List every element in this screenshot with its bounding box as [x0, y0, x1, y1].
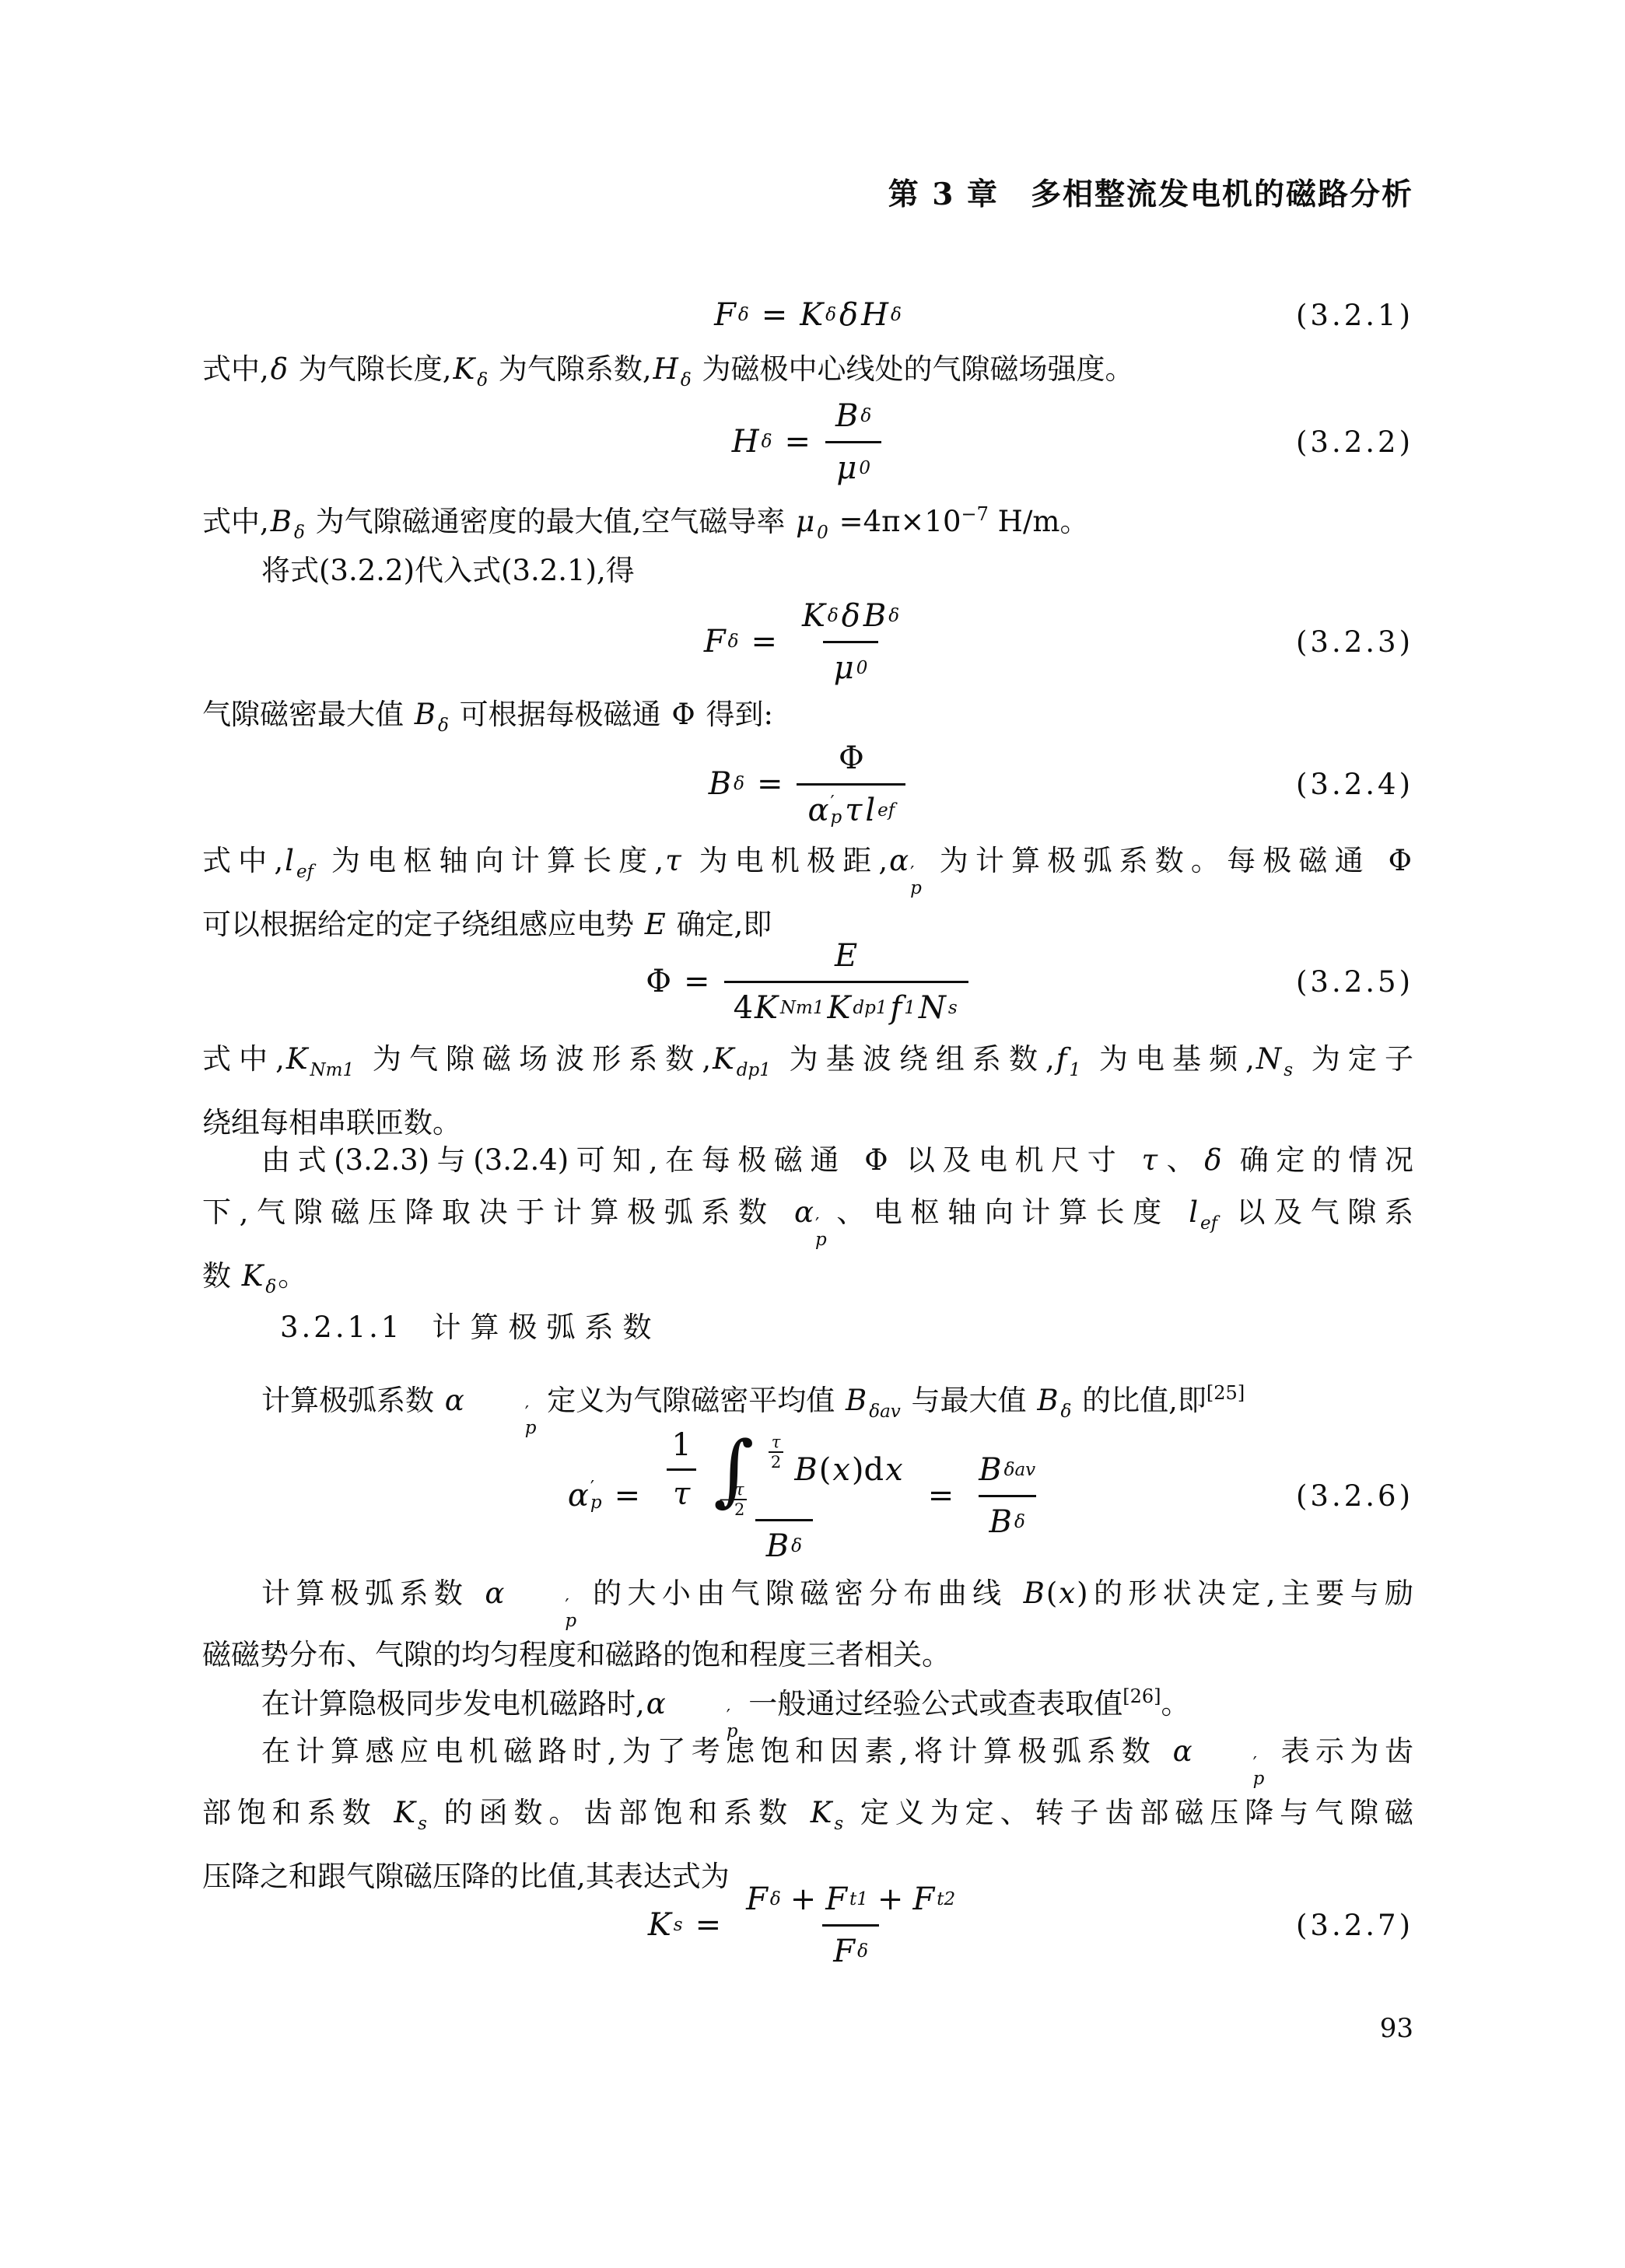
book-page: 第 3 章 多相整流发电机的磁路分析 Fδ=KδδHδ (3.2.1) 式中,δ…	[0, 0, 1625, 2268]
equation-3-2-7: Ks=Fδ+Ft1+Ft2Fδ (3.2.7)	[202, 1886, 1413, 1964]
formula: Ks=Fδ+Ft1+Ft2Fδ	[646, 1881, 969, 1969]
paragraph: 在计算感应电机磁路时,为了考虑饱和因素,将计算极弧系数 α′p 表示为齿部饱和系…	[202, 1725, 1413, 1902]
formula: Fδ=KδδHδ	[713, 297, 903, 333]
text-line: 数 Kδ。	[202, 1250, 1413, 1314]
text-line: 计算极弧系数 α′p 的大小由气隙磁密分布曲线 B(x)的形状决定,主要与励	[202, 1567, 1413, 1629]
paragraph: 将式(3.2.2)代入式(3.2.1),得	[202, 544, 1413, 597]
paragraph: 式中,lef 为电枢轴向计算长度,τ 为电机极距,α′p 为计算极弧系数。每极磁…	[202, 835, 1413, 950]
equation-3-2-4: Bδ=Φα′pτlef (3.2.4)	[202, 745, 1413, 823]
equation-3-2-6: α′p=1τ∫τ2−τ2B(x)dxBδ=BδavBδ (3.2.6)	[202, 1430, 1413, 1562]
equation-number: (3.2.6)	[1296, 1479, 1413, 1513]
equation-number: (3.2.5)	[1296, 965, 1413, 999]
equation-3-2-2: Hδ=Bδμ0 (3.2.2)	[202, 403, 1413, 481]
section-heading: 3.2.1.1计算极弧系数	[202, 1308, 1413, 1347]
paragraph: 式中,KNm1 为气隙磁场波形系数,Kdp1 为基波绕组系数,f1 为电基频,N…	[202, 1033, 1413, 1149]
equation-number: (3.2.2)	[1296, 425, 1413, 459]
formula: α′p=1τ∫τ2−τ2B(x)dxBδ=BδavBδ	[566, 1427, 1049, 1564]
equation-number: (3.2.1)	[1296, 299, 1413, 332]
text-line: 式中,KNm1 为气隙磁场波形系数,Kdp1 为基波绕组系数,f1 为电基频,N…	[202, 1033, 1413, 1097]
text-line: 部饱和系数 Ks 的函数。齿部饱和系数 Ks 定义为定、转子齿部磁压降与气隙磁	[202, 1787, 1413, 1850]
formula: Bδ=Φα′pτlef	[707, 740, 909, 828]
equation-3-2-5: Φ=E4KNm1Kdp1f1Ns (3.2.5)	[202, 943, 1413, 1020]
formula: Φ=E4KNm1Kdp1f1Ns	[644, 938, 971, 1026]
text-line: 在计算感应电机磁路时,为了考虑饱和因素,将计算极弧系数 α′p 表示为齿	[202, 1725, 1413, 1787]
equation-number: (3.2.4)	[1296, 768, 1413, 801]
text-line: 下,气隙磁压降取决于计算极弧系数 α′p、电枢轴向计算长度 lef 以及气隙系	[202, 1186, 1413, 1250]
formula: Fδ=KδδBδμ0	[702, 598, 913, 686]
equation-number: (3.2.7)	[1296, 1909, 1413, 1942]
text-line: 由式(3.2.3)与(3.2.4)可知,在每极磁通 Φ 以及电机尺寸 τ、δ 确…	[202, 1134, 1413, 1186]
text-line: 式中,lef 为电枢轴向计算长度,τ 为电机极距,α′p 为计算极弧系数。每极磁…	[202, 835, 1413, 898]
paragraph: 计算极弧系数 α′p 的大小由气隙磁密分布曲线 B(x)的形状决定,主要与励磁磁…	[202, 1567, 1413, 1681]
page-header: 第 3 章 多相整流发电机的磁路分析	[202, 176, 1413, 213]
equation-number: (3.2.3)	[1296, 625, 1413, 659]
page-number: 93	[202, 2013, 1424, 2044]
equation-3-2-1: Fδ=KδδHδ (3.2.1)	[202, 292, 1413, 338]
text-line: 将式(3.2.2)代入式(3.2.1),得	[202, 544, 1413, 597]
paragraph: 由式(3.2.3)与(3.2.4)可知,在每极磁通 Φ 以及电机尺寸 τ、δ 确…	[202, 1134, 1413, 1314]
equation-3-2-3: Fδ=KδδBδμ0 (3.2.3)	[202, 603, 1413, 681]
section-number: 3.2.1.1	[280, 1311, 402, 1344]
section-title: 计算极弧系数	[432, 1311, 660, 1344]
formula: Hδ=Bδμ0	[730, 398, 886, 486]
